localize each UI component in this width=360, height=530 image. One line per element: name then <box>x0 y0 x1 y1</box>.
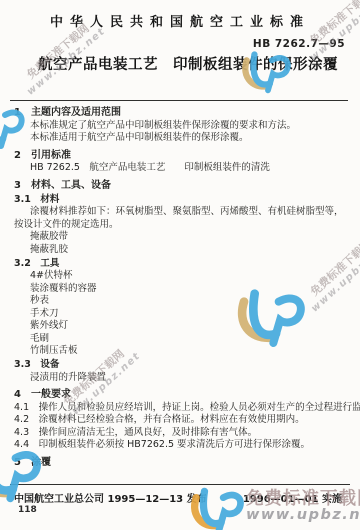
page-number: 118 <box>18 505 37 515</box>
section-4-heading: 4 一般要求 <box>14 389 347 402</box>
list-item: 紫外线灯 <box>14 320 347 333</box>
list-item: 浸渍用的升降装置 <box>14 372 347 385</box>
list-item: 掩蔽胶带 <box>14 231 347 244</box>
list-item: 4#伏特杯 <box>14 270 347 283</box>
section-3-1-heading: 3.1 材料 <box>14 194 347 207</box>
section-2-heading: 2 引用标准 <box>14 150 347 163</box>
section-3-heading: 3 材料、工具、设备 <box>14 180 347 193</box>
publisher-release-line: 中国航空工业总公司 1995—12—13 发布 <box>14 490 207 505</box>
section-1-paragraph: 本标准适用于航空产品中印制板组装件的保形涂覆。 <box>14 132 347 145</box>
list-item: 毛刷 <box>14 333 347 346</box>
requirement-line: 4.2 涂覆材料已经检验合格，并有合格证。材料应在有效使用期内。 <box>14 414 347 427</box>
watermark-site-url: www.upbz.net <box>246 508 360 523</box>
list-item: 秒表 <box>14 295 347 308</box>
list-item: 掩蔽乳胶 <box>14 244 347 257</box>
requirement-line: 4.4 印制板组装件必须按 HB7262.5 要求清洗后方可进行保形涂覆。 <box>14 439 347 452</box>
section-3-2-heading: 3.2 工具 <box>14 258 347 271</box>
footer-divider <box>10 484 350 485</box>
header-divider <box>10 100 348 101</box>
document-page: 中华人民共和国航空工业标准 HB 7262.7—95 航空产品电装工艺 印制板组… <box>0 0 360 530</box>
document-body: 1 主题内容及适用范围 本标准规定了航空产品中印制板组装件保形涂覆的要求和方法。… <box>14 102 347 469</box>
section-5-heading: 5 涂覆 <box>14 457 347 470</box>
list-item: 竹制压舌板 <box>14 345 347 358</box>
section-3-1-paragraph: 涂覆材料推荐如下：环氧树脂型、聚氨脂型、丙烯酸型、有机硅树脂型等，按设计文件的规… <box>14 206 347 231</box>
section-1-heading: 1 主题内容及适用范围 <box>14 107 347 120</box>
section-3-3-heading: 3.3 设备 <box>14 359 347 372</box>
list-item: 手术刀 <box>14 308 347 321</box>
document-title: 航空产品电装工艺 印制板组装件的保形涂覆 <box>38 53 338 74</box>
section-1-paragraph: 本标准规定了航空产品中印制板组装件保形涂覆的要求和方法。 <box>14 120 347 133</box>
standard-number: HB 7262.7—95 <box>253 38 345 50</box>
requirement-line: 4.3 操作间应清洁无尘，通风良好，及时排除有害气体。 <box>14 427 347 440</box>
implementation-date: 1996—01—01 实施 <box>243 490 342 505</box>
requirement-line: 4.1 操作人员和检验员应经培训，持证上岗。检验人员必须对生产的全过程进行监控。 <box>14 402 347 415</box>
standard-authority-title: 中华人民共和国航空工业标准 <box>0 11 360 30</box>
list-item: 装涂覆料的容器 <box>14 283 347 296</box>
referenced-standard-line: HB 7262.5 航空产品电装工艺 印制板组装件的清洗 <box>14 162 347 175</box>
